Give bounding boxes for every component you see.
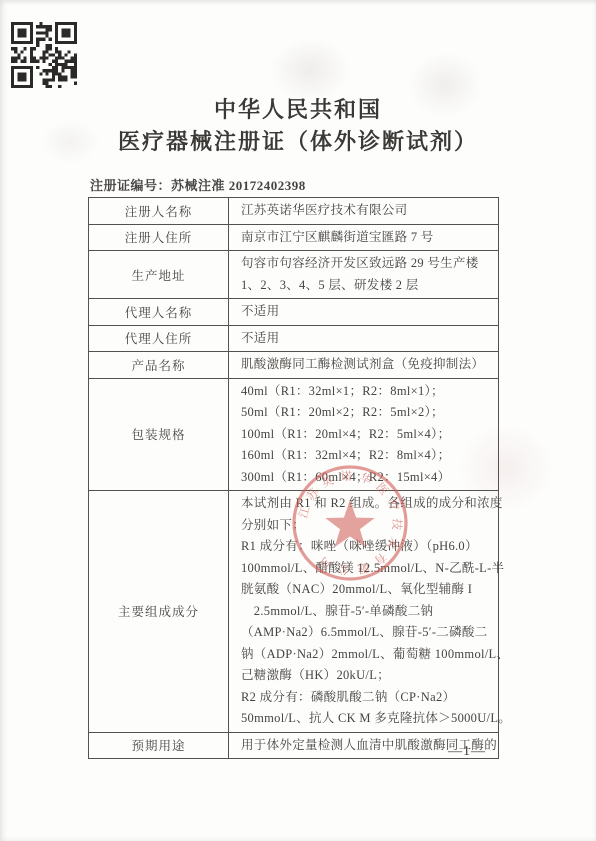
row-label: 包装规格 [89, 379, 229, 491]
stamp-star-icon [325, 500, 374, 547]
row-label: 注册人名称 [89, 198, 229, 224]
row-label: 代理人住所 [89, 326, 229, 352]
document-title: 中华人民共和国 医疗器械注册证（体外诊断试剂） [0, 94, 596, 158]
official-seal-stamp: 江苏英诺华医疗技术有限公司 [285, 458, 415, 588]
table-row: 预期用途用于体外定量检测人血清中肌酸激酶同工酶的 [89, 733, 498, 759]
row-value-line: 1、2、3、4、5 层、研发楼 2 层 [241, 275, 494, 297]
row-value-line: 50mmol/L、抗人 CK M 多克隆抗体＞5000U/L。 [241, 708, 511, 730]
row-value: 江苏英诺华医疗技术有限公司 [229, 198, 498, 224]
row-value-line: 江苏英诺华医疗技术有限公司 [241, 200, 494, 222]
table-row: 注册人名称江苏英诺华医疗技术有限公司 [89, 198, 498, 225]
row-label: 注册人住所 [89, 225, 229, 251]
certificate-page: 中华人民共和国 医疗器械注册证（体外诊断试剂） 注册证编号：苏械注准 20172… [0, 0, 596, 841]
row-value-line: R2 成分有：磷酸肌酸二钠（CP·Na2） [241, 687, 511, 709]
scan-bleed-mark [270, 38, 350, 102]
row-value: 肌酸激酶同工酶检测试剂盒（免疫抑制法） [229, 352, 498, 378]
row-value-line: 2.5mmol/L、腺苷-5′-单磷酸二钠 [241, 601, 511, 623]
row-value: 句容市句容经济开发区致远路 29 号生产楼1、2、3、4、5 层、研发楼 2 层 [229, 251, 498, 298]
row-value-line: 句容市句容经济开发区致远路 29 号生产楼 [241, 253, 494, 275]
certificate-number-value: 苏械注准 20172402398 [171, 178, 306, 193]
row-value-line: 40ml（R1：32ml×1；R2：8ml×1）； [241, 381, 494, 403]
table-row: 注册人住所南京市江宁区麒麟街道宝匯路 7 号 [89, 225, 498, 252]
qr-code [10, 22, 78, 88]
row-label: 产品名称 [89, 352, 229, 378]
row-value-line: 南京市江宁区麒麟街道宝匯路 7 号 [241, 227, 494, 249]
title-line-2: 医疗器械注册证（体外诊断试剂） [0, 126, 596, 158]
row-value-line: 50ml（R1：20ml×2；R2：5ml×2）； [241, 402, 494, 424]
row-label: 生产地址 [89, 251, 229, 298]
certificate-number-line: 注册证编号：苏械注准 20172402398 [90, 175, 306, 194]
row-value-line: 不适用 [241, 301, 494, 323]
table-row: 代理人住所不适用 [89, 326, 498, 353]
row-label: 预期用途 [89, 733, 229, 759]
certificate-number-label: 注册证编号： [90, 178, 171, 193]
row-value: 南京市江宁区麒麟街道宝匯路 7 号 [229, 225, 498, 251]
row-value: 不适用 [229, 299, 498, 325]
row-value-line: 钠（ADP·Na2）2mmol/L、葡萄糖 100mmol/L、 [241, 644, 511, 666]
row-value-line: 100ml（R1：20ml×4；R2：5ml×4）； [241, 424, 494, 446]
page-number: —1— [448, 744, 486, 760]
row-label: 代理人名称 [89, 299, 229, 325]
table-row: 产品名称肌酸激酶同工酶检测试剂盒（免疫抑制法） [89, 352, 498, 379]
row-value-line: （AMP·Na2）6.5mmol/L、腺苷-5′-二磷酸二 [241, 622, 511, 644]
table-row: 生产地址句容市句容经济开发区致远路 29 号生产楼1、2、3、4、5 层、研发楼… [89, 251, 498, 299]
row-value: 不适用 [229, 326, 498, 352]
row-value-line: 肌酸激酶同工酶检测试剂盒（免疫抑制法） [241, 354, 494, 376]
row-label: 主要组成成分 [89, 491, 229, 732]
table-row: 代理人名称不适用 [89, 299, 498, 326]
row-value-line: 己糖激酶（HK）20kU/L； [241, 665, 511, 687]
row-value-line: 不适用 [241, 328, 494, 350]
title-line-1: 中华人民共和国 [0, 94, 596, 126]
